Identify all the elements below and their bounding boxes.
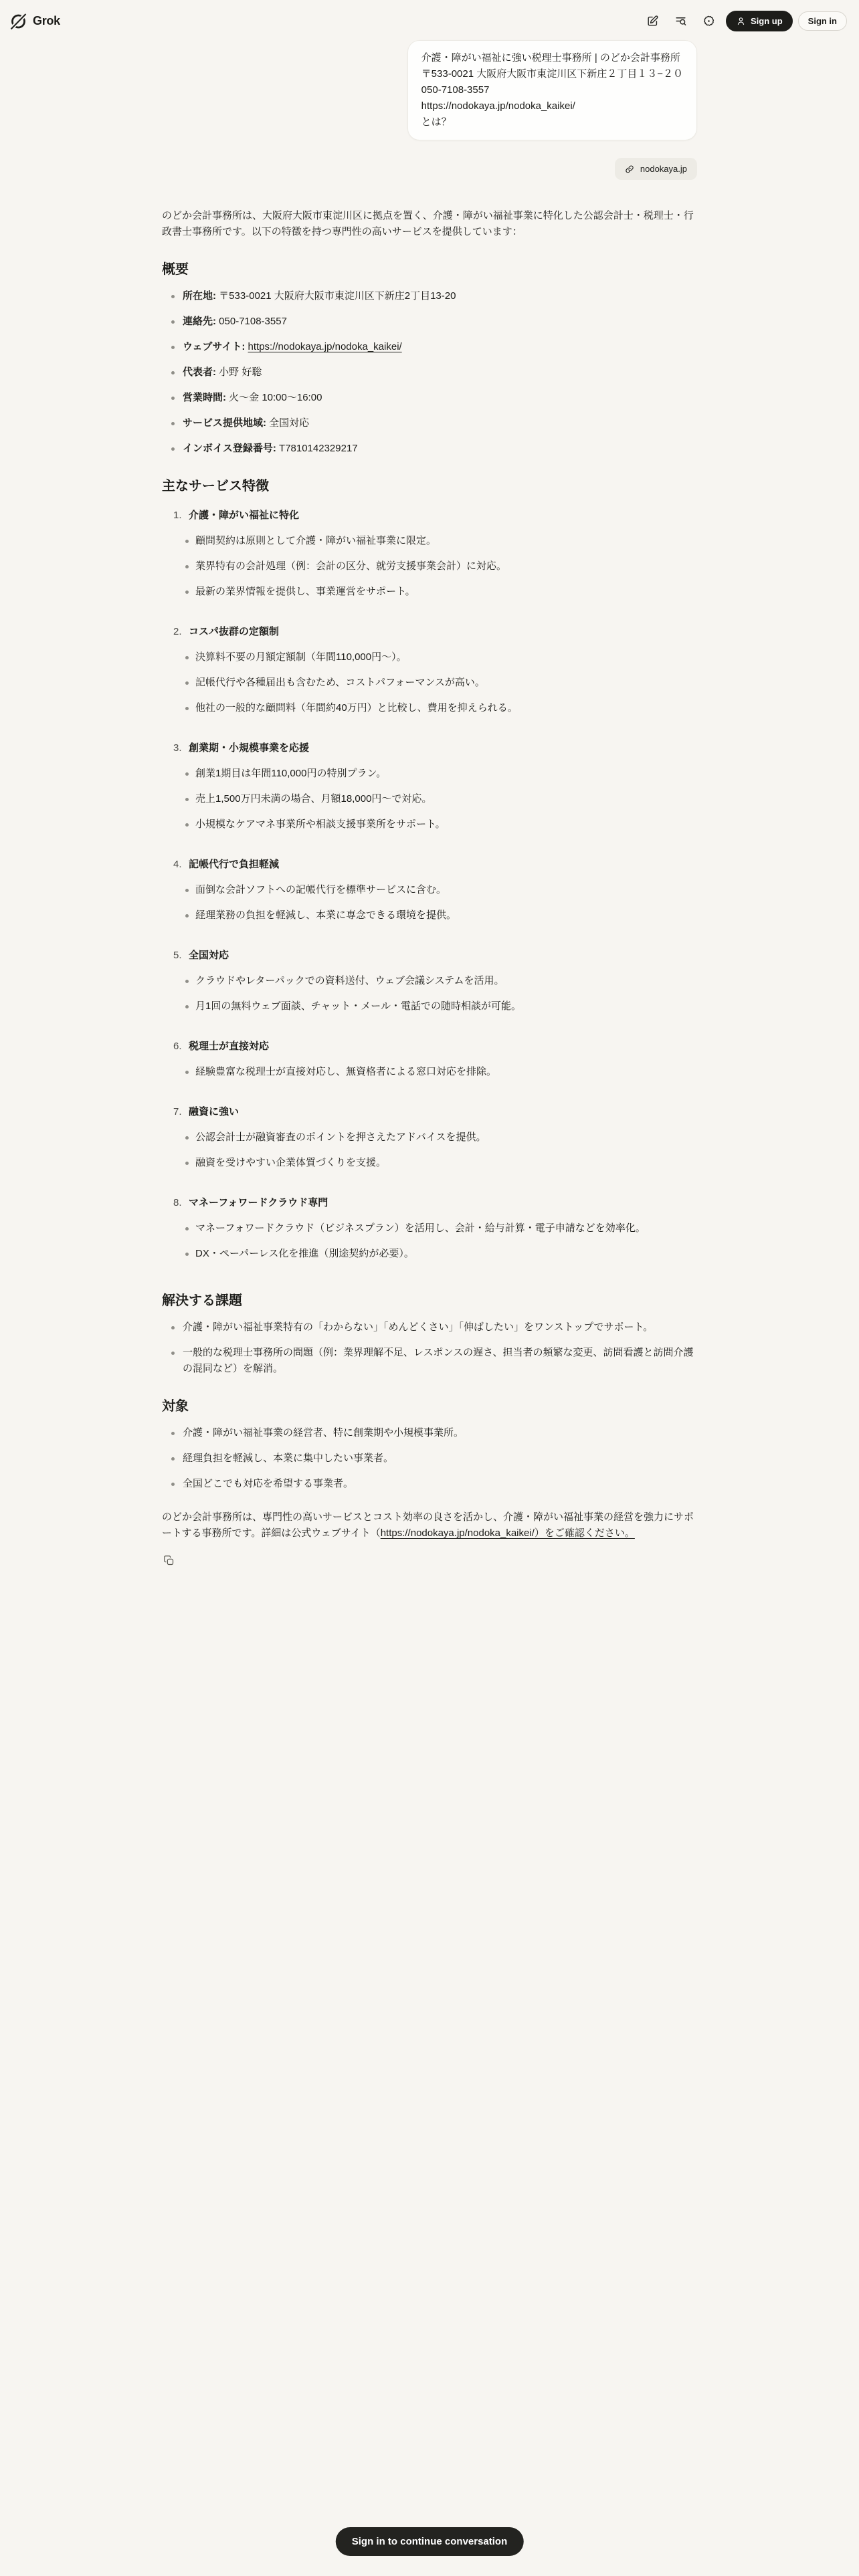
bullet-text: 介護・障がい福祉事業特有の「わからない」「めんどくさい」「伸ばしたい」をワンスト… [183,1319,653,1335]
bullet-dot-icon [185,772,189,776]
item-title: 創業期・小規模事業を応援 [189,742,309,754]
bullet-list: 介護・障がい福祉事業特有の「わからない」「めんどくさい」「伸ばしたい」をワンスト… [162,1319,697,1377]
bullet-dot-icon [185,540,189,543]
bullet-dot-icon [171,1432,175,1435]
item-number: 7. [173,1104,183,1180]
numbered-item-body: 創業期・小規模事業を応援創業1期目は年間110,000円の特別プラン。売上1,5… [189,740,697,842]
numbered-item: 8.マネーフォワードクラウド専門マネーフォワードクラウド（ビジネスプラン）を活用… [173,1195,697,1271]
bullet-item: インボイス登録番号: T7810142329217 [171,441,697,457]
compose-button[interactable] [642,9,664,32]
item-title: 記帳代行で負担軽減 [189,859,279,870]
bullet-label: 連絡先: [183,316,216,327]
link-icon [625,165,634,174]
bullet-item: 介護・障がい福祉事業特有の「わからない」「めんどくさい」「伸ばしたい」をワンスト… [171,1319,697,1335]
response-sections: 概要所在地: 〒533-0021 大阪府大阪市東淀川区下新庄2丁目13-20連絡… [162,260,697,1492]
bullet-label: インボイス登録番号: [183,443,276,454]
sub-bullet-item: 月1回の無料ウェブ面談、チャット・メール・電話での随時相談が可能。 [185,998,697,1014]
bullet-text: サービス提供地域: 全国対応 [183,415,309,431]
bullet-dot-icon [171,397,175,400]
settings-button[interactable] [698,9,721,32]
sub-bullet-text: 創業1期目は年間110,000円の特別プラン。 [195,766,386,782]
bullet-label: 代表者: [183,366,216,378]
bullet-text: 代表者: 小野 好聡 [183,364,262,381]
item-number: 1. [173,508,183,609]
bullet-text: 一般的な税理士事務所の問題（例：業界理解不足、レスポンスの遅さ、担当者の頻繁な変… [183,1345,697,1377]
numbered-item: 4.記帳代行で負担軽減面倒な会計ソフトへの記帳代行を標準サービスに含む。経理業務… [173,857,697,933]
continue-conversation-button[interactable]: Sign in to continue conversation [336,2527,524,2556]
header-actions: Sign up Sign in [642,9,847,32]
bullet-label: 営業時間: [183,392,226,403]
bullet-dot-icon [171,1352,175,1355]
bullet-label: サービス提供地域: [183,417,266,429]
bullet-dot-icon [185,1227,189,1230]
source-link-label: nodokaya.jp [640,164,687,174]
sub-bullet-item: 経験豊富な税理士が直接対応し、無資格者による窓口対応を排除。 [185,1064,697,1080]
sub-bullet-text: 小規模なケアマネ事業所や相談支援事業所をサポート。 [195,817,446,833]
bullet-dot-icon [185,980,189,983]
numbered-item-body: 税理士が直接対応経験豊富な税理士が直接対応し、無資格者による窓口対応を排除。 [189,1039,697,1089]
copy-icon [163,1555,175,1566]
sub-bullet-list: 創業1期目は年間110,000円の特別プラン。売上1,500万円未満の場合、月額… [185,766,697,833]
person-icon [736,16,746,26]
item-number: 5. [173,948,183,1024]
sub-bullet-list: 公認会計士が融資審査のポイントを押さえたアドバイスを提供。融資を受けやすい企業体… [185,1130,697,1171]
grok-brand: Grok [9,12,60,30]
source-link-chip[interactable]: nodokaya.jp [615,158,697,180]
user-message-text: 介護・障がい福祉に強い税理士事務所 | のどか会計事務所〒533-0021 大阪… [421,50,683,130]
closing-link[interactable]: https://nodokaya.jp/nodoka_kaikei/）をご確認く… [381,1527,635,1539]
bullet-text: ウェブサイト: https://nodokaya.jp/nodoka_kaike… [183,339,402,355]
bullet-text: 介護・障がい福祉事業の経営者、特に創業期や小規模事業所。 [183,1425,464,1441]
bullet-dot-icon [171,371,175,374]
bullet-item: サービス提供地域: 全国対応 [171,415,697,431]
sub-bullet-text: 顧問契約は原則として介護・障がい福祉事業に限定。 [195,533,436,549]
sub-bullet-text: クラウドやレターパックでの資料送付、ウェブ会議システムを活用。 [195,973,504,989]
sub-bullet-list: クラウドやレターパックでの資料送付、ウェブ会議システムを活用。月1回の無料ウェブ… [185,973,697,1014]
bullet-text: 営業時間: 火〜金 10:00〜16:00 [183,390,322,406]
item-title: コスパ抜群の定額制 [189,626,279,637]
bullet-dot-icon [171,1457,175,1461]
bullet-item: 全国どこでも対応を希望する事業者。 [171,1476,697,1492]
user-message-line: 050-7108-3557 [421,82,683,98]
sub-bullet-item: クラウドやレターパックでの資料送付、ウェブ会議システムを活用。 [185,973,697,989]
bullet-list: 介護・障がい福祉事業の経営者、特に創業期や小規模事業所。経理負担を軽減し、本業に… [162,1425,697,1492]
sub-bullet-item: 業界特有の会計処理（例：会計の区分、就労支援事業会計）に対応。 [185,558,697,574]
sub-bullet-text: 経験豊富な税理士が直接対応し、無資格者による窓口対応を排除。 [195,1064,496,1080]
bullet-link[interactable]: https://nodokaya.jp/nodoka_kaikei/ [248,341,402,352]
sub-bullet-text: 月1回の無料ウェブ面談、チャット・メール・電話での随時相談が可能。 [195,998,521,1014]
numbered-item-body: 全国対応クラウドやレターパックでの資料送付、ウェブ会議システムを活用。月1回の無… [189,948,697,1024]
sub-bullet-text: 決算料不要の月額定額制（年間110,000円〜）。 [195,649,407,665]
bullet-dot-icon [185,681,189,685]
sign-in-button[interactable]: Sign in [798,11,847,31]
bullet-dot-icon [185,565,189,568]
numbered-item: 7.融資に強い公認会計士が融資審査のポイントを押さえたアドバイスを提供。融資を受… [173,1104,697,1180]
bullet-text: インボイス登録番号: T7810142329217 [183,441,358,457]
item-title: 介護・障がい福祉に特化 [189,510,299,521]
sub-bullet-text: 面倒な会計ソフトへの記帳代行を標準サービスに含む。 [195,882,446,898]
numbered-item: 5.全国対応クラウドやレターパックでの資料送付、ウェブ会議システムを活用。月1回… [173,948,697,1024]
item-number: 3. [173,740,183,842]
gear-icon [702,15,715,27]
bullet-dot-icon [185,591,189,594]
assistant-intro: のどか会計事務所は、大阪府大阪市東淀川区に拠点を置く、介護・障がい福祉事業に特化… [162,208,697,240]
numbered-item-body: 記帳代行で負担軽減面倒な会計ソフトへの記帳代行を標準サービスに含む。経理業務の負… [189,857,697,933]
numbered-item-body: マネーフォワードクラウド専門マネーフォワードクラウド（ビジネスプラン）を活用し、… [189,1195,697,1271]
sub-bullet-text: 他社の一般的な顧問料（年間約40万円）と比較し、費用を抑えられる。 [195,700,518,716]
sub-bullet-item: 融資を受けやすい企業体質づくりを支援。 [185,1155,697,1171]
sub-bullet-list: 経験豊富な税理士が直接対応し、無資格者による窓口対応を排除。 [185,1064,697,1080]
bullet-list: 所在地: 〒533-0021 大阪府大阪市東淀川区下新庄2丁目13-20連絡先:… [162,288,697,457]
copy-button[interactable] [162,1553,176,1568]
sub-bullet-item: 経理業務の負担を軽減し、本業に専念できる環境を提供。 [185,907,697,924]
sign-in-label: Sign in [808,17,837,25]
bullet-dot-icon [171,1483,175,1486]
message-actions [162,1553,697,1572]
bullet-item: 経理負担を軽減し、本業に集中したい事業者。 [171,1451,697,1467]
sub-bullet-text: 業界特有の会計処理（例：会計の区分、就労支援事業会計）に対応。 [195,558,506,574]
bullet-label: 所在地: [183,290,216,302]
bullet-text: 全国どこでも対応を希望する事業者。 [183,1476,353,1492]
bullet-dot-icon [185,1253,189,1256]
bullet-text: 所在地: 〒533-0021 大阪府大阪市東淀川区下新庄2丁目13-20 [183,288,456,304]
bullet-dot-icon [185,1071,189,1074]
numbered-item: 2.コスパ抜群の定額制決算料不要の月額定額制（年間110,000円〜）。記帳代行… [173,624,697,726]
sub-bullet-item: 創業1期目は年間110,000円の特別プラン。 [185,766,697,782]
bullet-dot-icon [171,320,175,324]
bullet-dot-icon [185,656,189,659]
user-message-line: 介護・障がい福祉に強い税理士事務所 | のどか会計事務所 [421,50,683,66]
response-section: 対象介護・障がい福祉事業の経営者、特に創業期や小規模事業所。経理負担を軽減し、本… [162,1397,697,1492]
bullet-dot-icon [171,346,175,349]
user-message-line: https://nodokaya.jp/nodoka_kaikei/ [421,98,683,114]
sign-up-button[interactable]: Sign up [726,11,793,31]
sub-bullet-item: DX・ペーパーレス化を推進（別途契約が必要）。 [185,1246,697,1262]
section-heading: 概要 [162,260,697,279]
sub-bullet-text: 経理業務の負担を軽減し、本業に専念できる環境を提供。 [195,907,456,924]
grok-logo-icon [9,12,27,30]
sub-bullet-list: マネーフォワードクラウド（ビジネスプラン）を活用し、会計・給与計算・電子申請など… [185,1220,697,1262]
sub-bullet-item: 最新の業界情報を提供し、事業運営をサポート。 [185,584,697,600]
bullet-item: 介護・障がい福祉事業の経営者、特に創業期や小規模事業所。 [171,1425,697,1441]
numbered-item: 1.介護・障がい福祉に特化顧問契約は原則として介護・障がい福祉事業に限定。業界特… [173,508,697,609]
bullet-dot-icon [171,447,175,451]
history-search-icon [674,15,687,27]
sub-bullet-text: マネーフォワードクラウド（ビジネスプラン）を活用し、会計・給与計算・電子申請など… [195,1220,646,1237]
numbered-item: 6.税理士が直接対応経験豊富な税理士が直接対応し、無資格者による窓口対応を排除。 [173,1039,697,1089]
numbered-item-body: 介護・障がい福祉に特化顧問契約は原則として介護・障がい福祉事業に限定。業界特有の… [189,508,697,609]
bullet-item: 所在地: 〒533-0021 大阪府大阪市東淀川区下新庄2丁目13-20 [171,288,697,304]
continue-conversation-label: Sign in to continue conversation [352,2536,508,2547]
assistant-message: のどか会計事務所は、大阪府大阪市東淀川区に拠点を置く、介護・障がい福祉事業に特化… [162,208,697,1572]
user-message-bubble: 介護・障がい福祉に強い税理士事務所 | のどか会計事務所〒533-0021 大阪… [407,40,697,140]
assistant-closing: のどか会計事務所は、専門性の高いサービスとコスト効率の良さを活かし、介護・障がい… [162,1509,697,1541]
numbered-item: 3.創業期・小規模事業を応援創業1期目は年間110,000円の特別プラン。売上1… [173,740,697,842]
item-number: 4. [173,857,183,933]
history-search-button[interactable] [670,9,692,32]
bullet-dot-icon [171,295,175,298]
bullet-item: 一般的な税理士事務所の問題（例：業界理解不足、レスポンスの遅さ、担当者の頻繁な変… [171,1345,697,1377]
bullet-dot-icon [185,1162,189,1165]
sub-bullet-list: 顧問契約は原則として介護・障がい福祉事業に限定。業界特有の会計処理（例：会計の区… [185,533,697,600]
conversation-column: 介護・障がい福祉に強い税理士事務所 | のどか会計事務所〒533-0021 大阪… [162,40,697,1572]
sign-up-label: Sign up [751,17,783,25]
bullet-dot-icon [185,707,189,710]
item-number: 8. [173,1195,183,1271]
bullet-text: 連絡先: 050-7108-3557 [183,314,287,330]
sub-bullet-item: 顧問契約は原則として介護・障がい福祉事業に限定。 [185,533,697,549]
section-heading: 解決する課題 [162,1291,697,1310]
item-title: 全国対応 [189,950,229,961]
section-heading: 対象 [162,1397,697,1416]
bullet-item: 営業時間: 火〜金 10:00〜16:00 [171,390,697,406]
user-message-line: とは？ [421,114,683,130]
sub-bullet-list: 面倒な会計ソフトへの記帳代行を標準サービスに含む。経理業務の負担を軽減し、本業に… [185,882,697,924]
top-bar: Grok [0,0,859,32]
item-title: マネーフォワードクラウド専門 [189,1197,328,1208]
sub-bullet-text: 融資を受けやすい企業体質づくりを支援。 [195,1155,386,1171]
numbered-list: 1.介護・障がい福祉に特化顧問契約は原則として介護・障がい福祉事業に限定。業界特… [162,508,697,1271]
item-title: 融資に強い [189,1106,239,1117]
bullet-dot-icon [185,1136,189,1140]
bullet-item: ウェブサイト: https://nodokaya.jp/nodoka_kaike… [171,339,697,355]
brand-name: Grok [33,14,60,28]
section-heading: 主なサービス特徴 [162,477,697,496]
sub-bullet-item: 記帳代行や各種届出も含むため、コストパフォーマンスが高い。 [185,675,697,691]
link-chip-row: nodokaya.jp [162,158,697,180]
sub-bullet-item: 売上1,500万円未満の場合、月額18,000円〜で対応。 [185,791,697,807]
bullet-dot-icon [171,422,175,425]
bullet-item: 連絡先: 050-7108-3557 [171,314,697,330]
sub-bullet-item: 決算料不要の月額定額制（年間110,000円〜）。 [185,649,697,665]
response-section: 解決する課題介護・障がい福祉事業特有の「わからない」「めんどくさい」「伸ばしたい… [162,1291,697,1377]
item-title: 税理士が直接対応 [189,1041,269,1052]
sub-bullet-item: 公認会計士が融資審査のポイントを押さえたアドバイスを提供。 [185,1130,697,1146]
numbered-item-body: コスパ抜群の定額制決算料不要の月額定額制（年間110,000円〜）。記帳代行や各… [189,624,697,726]
sub-bullet-text: DX・ペーパーレス化を推進（別途契約が必要）。 [195,1246,414,1262]
item-number: 6. [173,1039,183,1089]
bullet-item: 代表者: 小野 好聡 [171,364,697,381]
item-number: 2. [173,624,183,726]
bullet-dot-icon [171,1326,175,1329]
sub-bullet-item: 他社の一般的な顧問料（年間約40万円）と比較し、費用を抑えられる。 [185,700,697,716]
user-message-line: 〒533-0021 大阪府大阪市東淀川区下新庄２丁目１３−２０ [421,66,683,82]
bullet-dot-icon [185,798,189,801]
sub-bullet-list: 決算料不要の月額定額制（年間110,000円〜）。記帳代行や各種届出も含むため、… [185,649,697,716]
user-message-row: 介護・障がい福祉に強い税理士事務所 | のどか会計事務所〒533-0021 大阪… [162,40,697,140]
sub-bullet-item: 小規模なケアマネ事業所や相談支援事業所をサポート。 [185,817,697,833]
sub-bullet-text: 最新の業界情報を提供し、事業運営をサポート。 [195,584,415,600]
sub-bullet-text: 公認会計士が融資審査のポイントを押さえたアドバイスを提供。 [195,1130,486,1146]
compose-icon [646,15,659,27]
bullet-dot-icon [185,889,189,892]
bullet-label: ウェブサイト: [183,341,245,352]
response-section: 概要所在地: 〒533-0021 大阪府大阪市東淀川区下新庄2丁目13-20連絡… [162,260,697,457]
sub-bullet-item: 面倒な会計ソフトへの記帳代行を標準サービスに含む。 [185,882,697,898]
response-section: 主なサービス特徴1.介護・障がい福祉に特化顧問契約は原則として介護・障がい福祉事… [162,477,697,1271]
numbered-item-body: 融資に強い公認会計士が融資審査のポイントを押さえたアドバイスを提供。融資を受けや… [189,1104,697,1180]
bullet-dot-icon [185,914,189,918]
bullet-dot-icon [185,1005,189,1008]
bullet-dot-icon [185,823,189,827]
sub-bullet-item: マネーフォワードクラウド（ビジネスプラン）を活用し、会計・給与計算・電子申請など… [185,1220,697,1237]
bullet-text: 経理負担を軽減し、本業に集中したい事業者。 [183,1451,393,1467]
sub-bullet-text: 記帳代行や各種届出も含むため、コストパフォーマンスが高い。 [195,675,485,691]
sub-bullet-text: 売上1,500万円未満の場合、月額18,000円〜で対応。 [195,791,432,807]
